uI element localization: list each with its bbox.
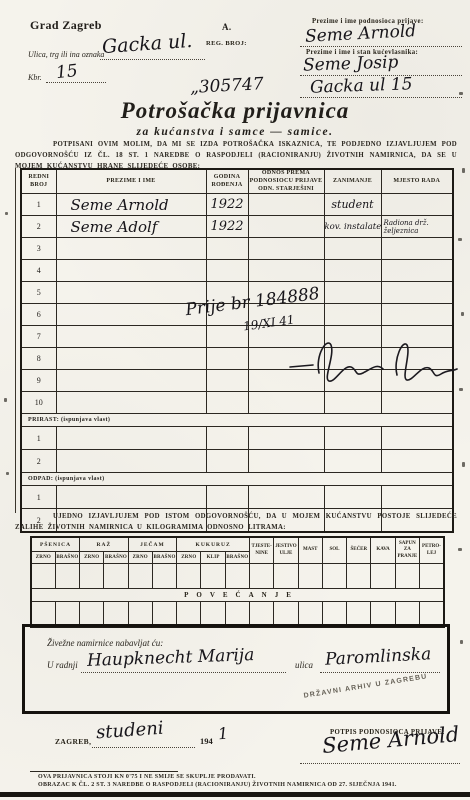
- household-cell-cell-year: [206, 392, 248, 414]
- supplies-blank-cell: [347, 564, 371, 589]
- handwritten-entry: kov. instalater: [325, 222, 382, 232]
- prirast-cell: [248, 427, 324, 450]
- household-cell-cell-name: [56, 370, 206, 392]
- household-cell-cell-year: [206, 326, 248, 348]
- handwritten-entry: 1922: [210, 197, 243, 212]
- household-cell-cell-year: 1922: [206, 216, 248, 238]
- household-cell-cell-work: [381, 392, 453, 414]
- odpad-cell: [248, 486, 324, 509]
- form-subtitle: za kućanstva i samce — samice.: [0, 126, 470, 138]
- supplies-increase-row: POVEĆANJE: [31, 589, 444, 602]
- household-cell-cell-work: [381, 304, 453, 326]
- household-cell-cell-name: [56, 348, 206, 370]
- household-header-cell: ODNOS PREMA PODNOSIOCU PRIJAVE ODN. STAR…: [248, 169, 324, 194]
- household-header-cell: GODINA ROĐENJA: [206, 169, 248, 194]
- street-label: Ulica, trg ili ina oznaka: [28, 50, 104, 59]
- supplies-single-header: SAPUN ZA PRANJE: [395, 537, 419, 564]
- household-cell-cell-name: [56, 260, 206, 282]
- odpad-cell: [56, 486, 206, 509]
- section-letter: A.: [222, 22, 232, 32]
- scan-speck: [459, 92, 463, 95]
- handwritten-entry: Radiona drž. željeznica: [382, 219, 453, 236]
- house-number-label: Kbr.: [28, 73, 42, 82]
- household-cell-cell-occ: [324, 238, 381, 260]
- prirast-cell: [248, 450, 324, 473]
- scan-speck: [458, 238, 462, 241]
- supplies-blank-cell: [274, 564, 298, 589]
- household-cell-cell-name: [56, 238, 206, 260]
- odpad-band-label: ODPAD: (ispunjava vlast): [21, 473, 453, 486]
- handwritten-entry: 1922: [210, 219, 243, 234]
- household-cell-cell-occ: [324, 260, 381, 282]
- supplies-blank-cell: [104, 564, 128, 589]
- household-cell-num: 10: [21, 392, 56, 414]
- household-cell-cell-year: 1922: [206, 194, 248, 216]
- supplies-table-body: POVEĆANJE: [31, 564, 444, 628]
- household-cell-cell-rel: [248, 238, 324, 260]
- supplies-group-row: PŠENICARAŽJEČAMKUKURUZTJESTE-NINEJESTIVO…: [31, 537, 444, 552]
- supplies-blank-cell: [201, 564, 225, 589]
- supplies-single-header: ŠEĆER: [347, 537, 371, 564]
- household-cell-cell-rel: [248, 216, 324, 238]
- handwritten-entry: Seme Arnold: [71, 196, 169, 214]
- household-row: 2Seme Adolf1922kov. instalaterRadiona dr…: [21, 216, 453, 238]
- footer-form-reference: OBRAZAC K ČL. 2 ST. 3 NAREDBE O RASPODJE…: [38, 782, 397, 788]
- archive-stamp: DRŽAVNI ARHIV U ZAGREBU: [303, 673, 428, 700]
- supplies-subheader: BRAŠNO: [152, 552, 176, 564]
- household-cell-cell-occ: [324, 392, 381, 414]
- footer-rule: [30, 771, 178, 772]
- reg-number-label: REG. BROJ:: [206, 40, 247, 47]
- street-of-shop-label: ulica: [295, 660, 313, 670]
- household-cell-cell-rel: [248, 392, 324, 414]
- applicant-fill-line: [300, 45, 462, 47]
- scan-speck: [460, 640, 463, 644]
- shop-street-fill-line: [320, 671, 440, 673]
- household-table-header: REDNI BROJPREZIME I IMEGODINA ROĐENJAODN…: [21, 169, 453, 194]
- supplies-table-header: PŠENICARAŽJEČAMKUKURUZTJESTE-NINEJESTIVO…: [31, 537, 444, 564]
- street-fill-line: [100, 58, 205, 60]
- date-fill-line: [92, 746, 195, 748]
- household-cell-num: 1: [21, 194, 56, 216]
- declaration-paragraph: UJEDNO IZJAVLJUJEM POD ISTOM ODGOVORNOŠĆ…: [15, 511, 457, 533]
- supplies-blank-cell: [80, 564, 104, 589]
- household-row: 3: [21, 238, 453, 260]
- house-number-fill-line: [46, 81, 106, 83]
- place-label: ZAGREB,: [55, 737, 91, 746]
- shop-fill-line: [81, 671, 286, 673]
- supplies-blank-cell: [31, 564, 55, 589]
- supplies-blank-cell: [250, 564, 274, 589]
- supplies-single-header: JESTIVO ULJE: [274, 537, 298, 564]
- scan-speck: [4, 398, 7, 402]
- supplies-subheader: ZRNO: [31, 552, 55, 564]
- household-cell-cell-year: [206, 260, 248, 282]
- shop-street-handwritten-value: Paromlinska: [325, 644, 432, 670]
- prirast-cell: 1: [21, 427, 56, 450]
- household-cell-cell-year: [206, 348, 248, 370]
- household-cell-num: 3: [21, 238, 56, 260]
- landlord-handwritten-name: Seme Josip: [303, 52, 399, 75]
- household-cell-cell-name: Seme Adolf: [56, 216, 206, 238]
- household-cell-num: 7: [21, 326, 56, 348]
- printed-year: 194: [200, 736, 213, 746]
- shop-label: U radnji: [47, 660, 78, 670]
- household-cell-cell-occ: [324, 304, 381, 326]
- household-row: 1Seme Arnold1922student: [21, 194, 453, 216]
- prirast-cell: [56, 450, 206, 473]
- household-header-cell: PREZIME I IME: [56, 169, 206, 194]
- supplies-single-header: PETRO-LEJ: [420, 537, 445, 564]
- household-cell-cell-occ: kov. instalater: [324, 216, 381, 238]
- purchase-box: Živežne namirnice nabavljat ću: U radnji…: [22, 624, 450, 714]
- declaration-paragraph-text: UJEDNO IZJAVLJUJEM POD ISTOM ODGOVORNOŠĆ…: [15, 511, 457, 533]
- household-cell-cell-name: Seme Arnold: [56, 194, 206, 216]
- household-cell-num: 4: [21, 260, 56, 282]
- scanned-form-page: Grad Zagreb Ulica, trg ili ina oznaka Ga…: [0, 0, 470, 800]
- handwritten-entry: Seme Adolf: [71, 218, 158, 236]
- footer-price-note: OVA PRIJAVNICA STOJI KN 0'75 I NE SMIJE …: [38, 774, 256, 780]
- applicant-signature-handwritten: Seme Arnold: [321, 722, 460, 758]
- household-cell-cell-name: [56, 392, 206, 414]
- household-cell-cell-work: [381, 260, 453, 282]
- scan-double-rule: [15, 168, 16, 513]
- odpad-cell: [206, 486, 248, 509]
- household-cell-num: 9: [21, 370, 56, 392]
- scan-speck: [461, 312, 464, 316]
- prirast-cell: [324, 450, 381, 473]
- household-cell-cell-work: [381, 282, 453, 304]
- household-cell-cell-rel: [248, 260, 324, 282]
- scan-edge-band: [0, 792, 470, 797]
- purchase-heading: Živežne namirnice nabavljat ću:: [47, 638, 163, 648]
- handwritten-entry: student: [331, 198, 373, 211]
- supplies-subheader: KLIP: [201, 552, 225, 564]
- official-signature-scrawl: [285, 335, 460, 385]
- supplies-group-header: PŠENICA: [31, 537, 80, 552]
- supplies-subheader: ZRNO: [177, 552, 201, 564]
- supplies-single-header: MAST: [298, 537, 322, 564]
- household-cell-cell-rel: [248, 194, 324, 216]
- supplies-subheader: BRAŠNO: [55, 552, 79, 564]
- prirast-cell: [56, 427, 206, 450]
- scan-speck: [458, 548, 462, 551]
- form-title: Potrošačka prijavnica: [0, 98, 470, 124]
- household-cell-cell-occ: [324, 282, 381, 304]
- landlord-handwritten-address: Gacka ul 15: [310, 74, 413, 98]
- scan-speck: [459, 388, 463, 391]
- supplies-blank-cell: [128, 564, 152, 589]
- odpad-band-row: ODPAD: (ispunjava vlast): [21, 473, 453, 486]
- household-row: 4: [21, 260, 453, 282]
- scan-speck: [5, 212, 8, 215]
- city-heading: Grad Zagreb: [30, 18, 102, 33]
- supplies-blank-cell: [55, 564, 79, 589]
- prirast-band-row: PRIRAST: (ispunjava vlast): [21, 414, 453, 427]
- prirast-band-label: PRIRAST: (ispunjava vlast): [21, 414, 453, 427]
- household-cell-cell-name: [56, 326, 206, 348]
- reg-number-handwritten-value: „305747: [190, 74, 265, 98]
- street-handwritten-value: Gacka ul.: [101, 30, 193, 58]
- scan-speck: [462, 462, 465, 467]
- household-cell-cell-work: Radiona drž. željeznica: [381, 216, 453, 238]
- supplies-single-header: SOL: [322, 537, 346, 564]
- signature-fill-line: [300, 762, 460, 764]
- supplies-group-header: KUKURUZ: [177, 537, 250, 552]
- household-cell-cell-year: [206, 238, 248, 260]
- supplies-subheader: ZRNO: [128, 552, 152, 564]
- prirast-cell: [206, 450, 248, 473]
- prirast-row: 1: [21, 427, 453, 450]
- household-cell-cell-occ: student: [324, 194, 381, 216]
- supplies-single-header: TJESTE-NINE: [250, 537, 274, 564]
- supplies-blank-cell: [420, 564, 445, 589]
- household-cell-cell-work: [381, 238, 453, 260]
- shop-handwritten-value: Haupknecht Marija: [87, 645, 255, 671]
- prirast-cell: [381, 427, 453, 450]
- prirast-cell: 2: [21, 450, 56, 473]
- household-header-cell: REDNI BROJ: [21, 169, 56, 194]
- household-cell-num: 8: [21, 348, 56, 370]
- odpad-cell: [324, 486, 381, 509]
- prirast-cell: [324, 427, 381, 450]
- odpad-cell: 1: [21, 486, 56, 509]
- supplies-group-header: RAŽ: [80, 537, 129, 552]
- household-header-cell: MJESTO RADA: [381, 169, 453, 194]
- scan-speck: [462, 168, 465, 173]
- odpad-cell: [381, 486, 453, 509]
- household-header-row: REDNI BROJPREZIME I IMEGODINA ROĐENJAODN…: [21, 169, 453, 194]
- supplies-table: PŠENICARAŽJEČAMKUKURUZTJESTE-NINEJESTIVO…: [30, 536, 445, 628]
- supplies-blank-cell: [225, 564, 249, 589]
- house-number-handwritten-value: 15: [55, 61, 79, 83]
- supplies-single-header: KAVA: [371, 537, 395, 564]
- supplies-blank-cell: [152, 564, 176, 589]
- supplies-blank-cell: [177, 564, 201, 589]
- household-cell-num: 2: [21, 216, 56, 238]
- supplies-blank-cell: [395, 564, 419, 589]
- supplies-subheader: ZRNO: [80, 552, 104, 564]
- supplies-increase-label: POVEĆANJE: [31, 589, 444, 602]
- household-cell-num: 5: [21, 282, 56, 304]
- prirast-cell: [381, 450, 453, 473]
- odpad-row: 1: [21, 486, 453, 509]
- supplies-blank-row: [31, 564, 444, 589]
- scan-speck: [6, 472, 9, 475]
- household-cell-cell-name: [56, 304, 206, 326]
- supplies-blank-cell: [371, 564, 395, 589]
- supplies-group-header: JEČAM: [128, 537, 177, 552]
- household-row: 10: [21, 392, 453, 414]
- prirast-cell: [206, 427, 248, 450]
- household-cell-cell-year: [206, 370, 248, 392]
- prirast-row: 2: [21, 450, 453, 473]
- household-cell-cell-work: [381, 194, 453, 216]
- supplies-blank-cell: [322, 564, 346, 589]
- household-cell-num: 6: [21, 304, 56, 326]
- supplies-subheader: BRAŠNO: [104, 552, 128, 564]
- supplies-blank-cell: [298, 564, 322, 589]
- supplies-subheader: BRAŠNO: [225, 552, 249, 564]
- month-handwritten-value: studeni: [95, 718, 164, 744]
- household-header-cell: ZANIMANJE: [324, 169, 381, 194]
- year-digit-handwritten: 1: [217, 724, 229, 744]
